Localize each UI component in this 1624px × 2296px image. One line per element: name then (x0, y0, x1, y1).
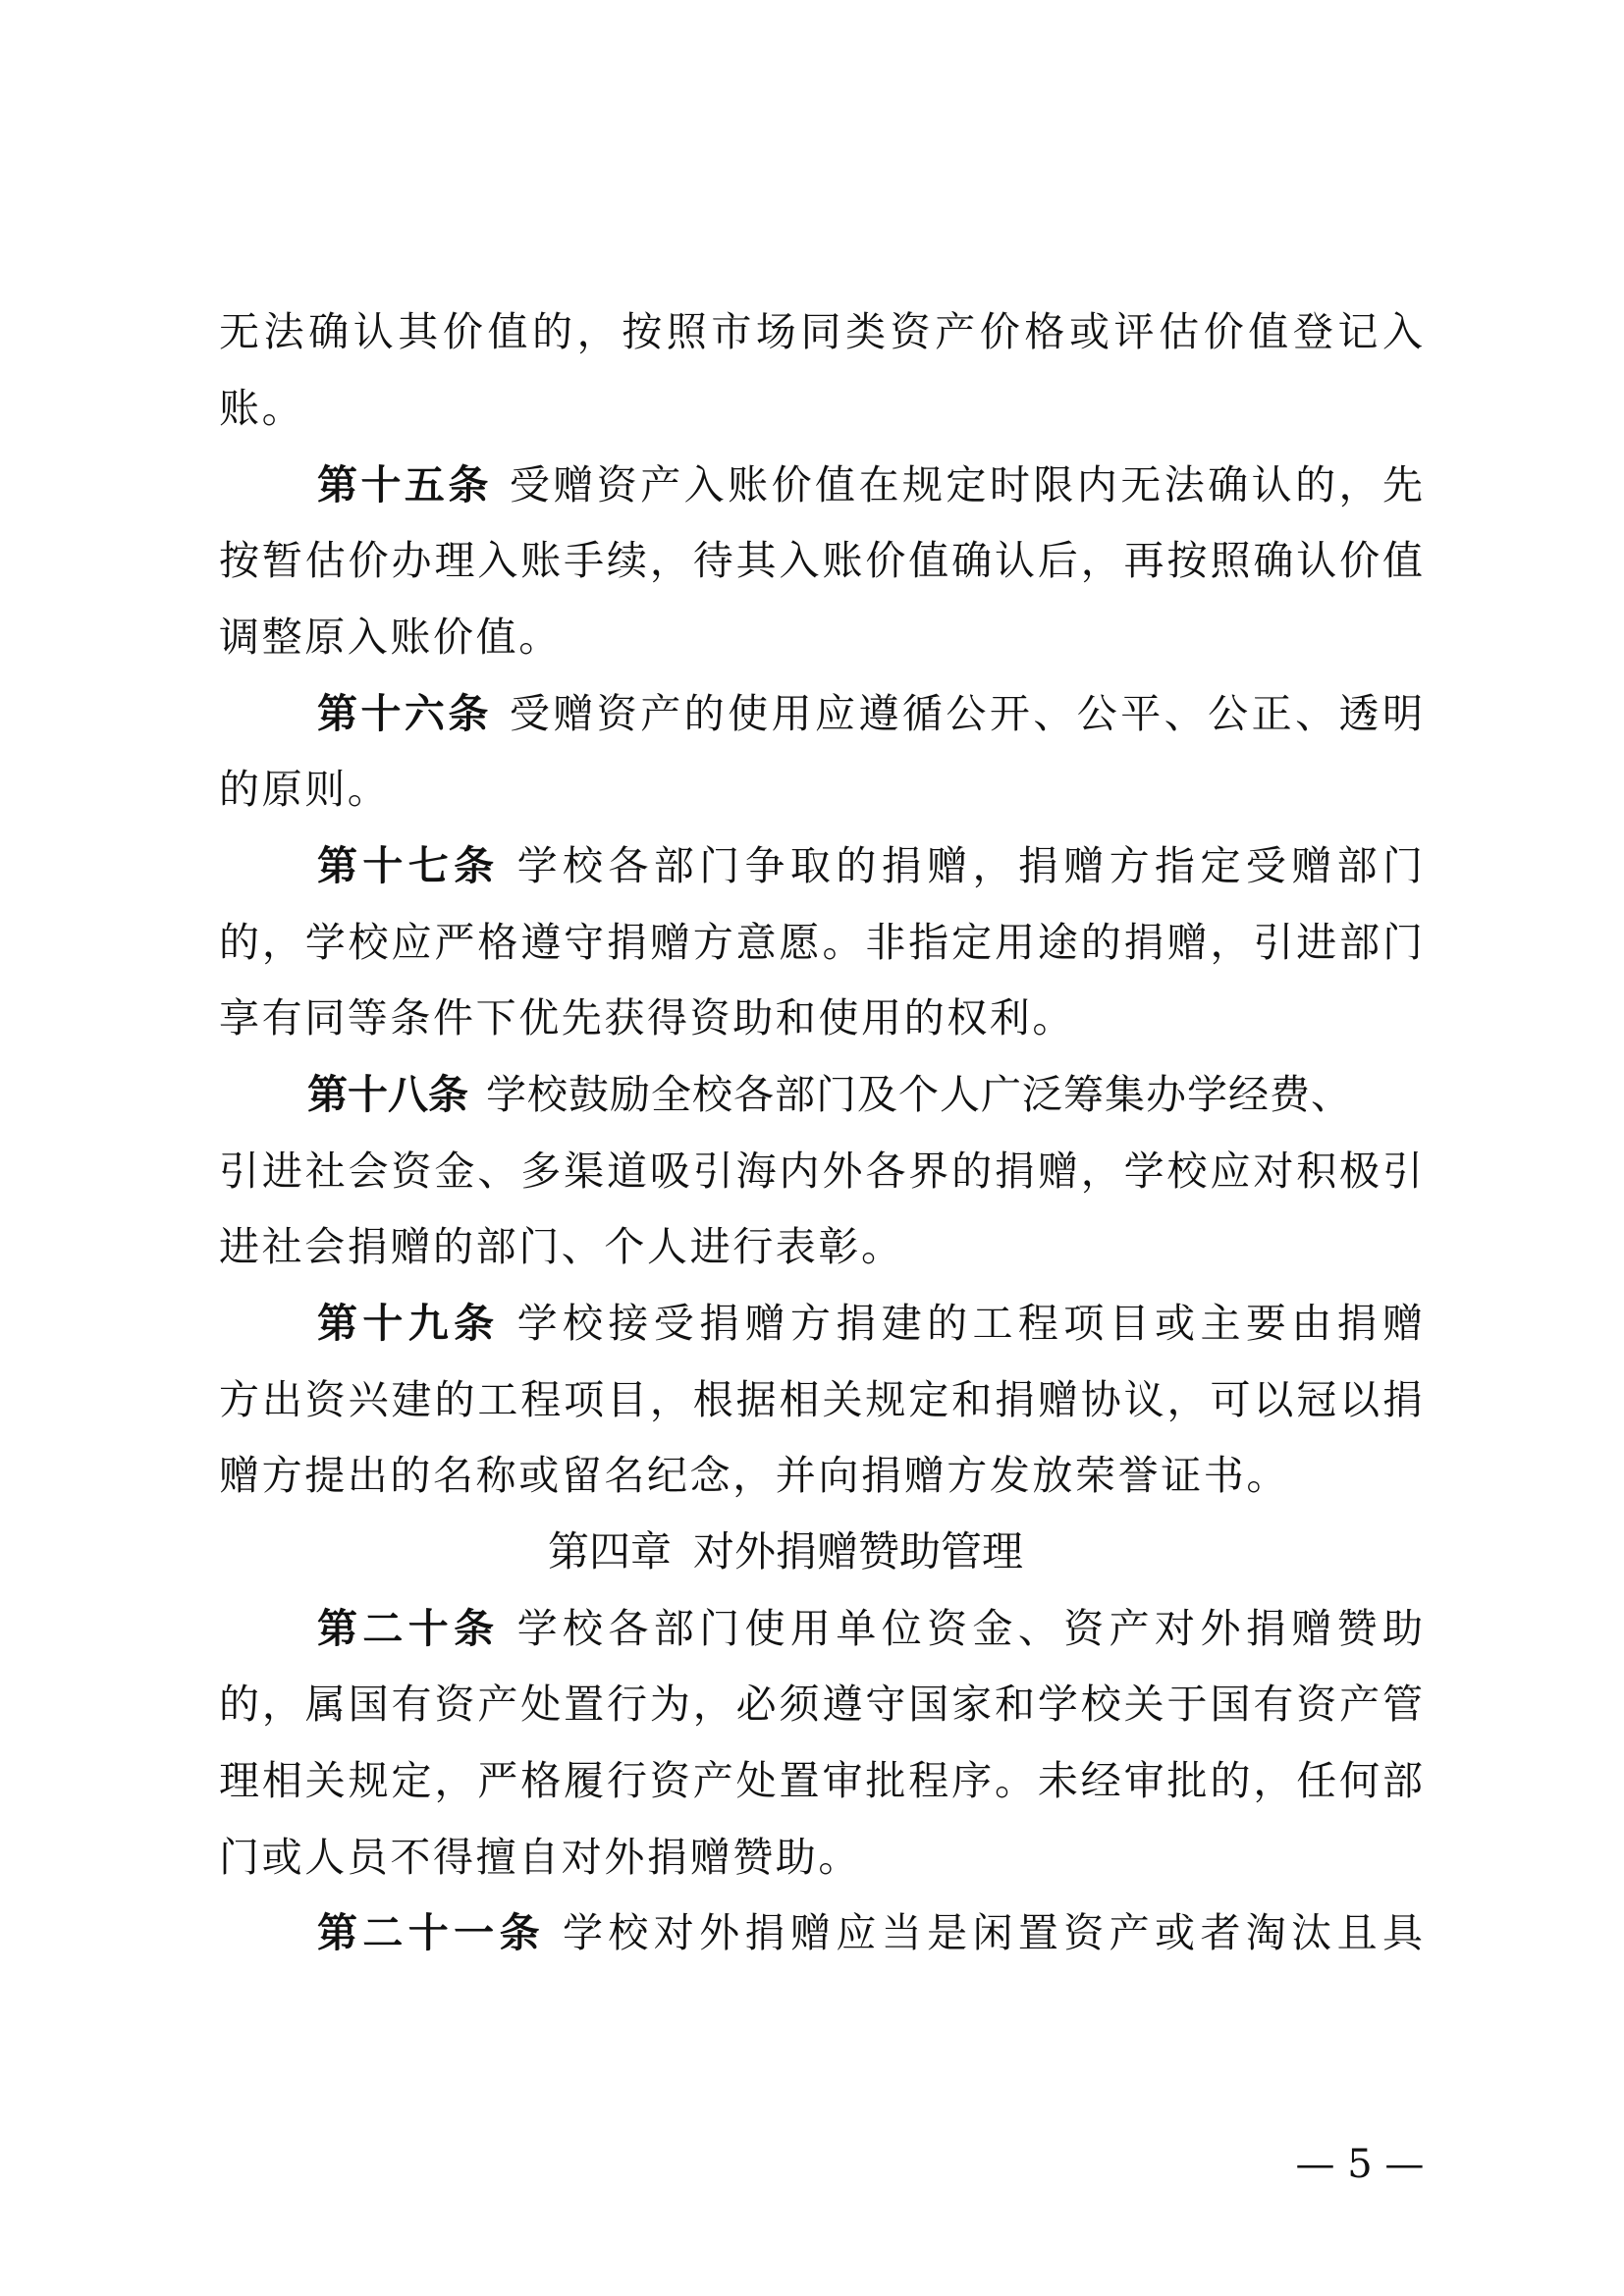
page-number: — 5 — (1286, 2135, 1434, 2194)
article-number: 第十六条 (317, 690, 492, 737)
article-text: 学校各部门使用单位资金、资产对外捐赠赞助 (517, 1605, 1423, 1652)
article-text: 学校对外捐赠应当是闲置资产或者淘汰且具 (563, 1909, 1423, 1956)
article-18: 第十八条学校鼓励全校各部门及个人广泛筹集办学经费、 (307, 1056, 1413, 1133)
article-20: 第二十条学校各部门使用单位资金、资产对外捐赠赞助 (317, 1590, 1423, 1667)
article-17: 第十七条学校各部门争取的捐赠，捐赠方指定受赠部门 (317, 828, 1423, 904)
article-number: 第二十一条 (317, 1909, 545, 1956)
body-line: 无法确认其价值的，按照市场同类资产价格或评估价值登记入 (219, 294, 1423, 370)
body-line: 门或人员不得擅自对外捐赠赞助。 (219, 1819, 1423, 1896)
chapter-heading: 第四章对外捐赠赞助管理 (0, 1514, 1571, 1590)
body-line: 的原则。 (219, 751, 1423, 828)
chapter-title: 对外捐赠赞助管理 (693, 1527, 1023, 1575)
article-number: 第十七条 (317, 842, 500, 889)
article-text: 学校接受捐赠方捐建的工程项目或主要由捐赠 (517, 1300, 1423, 1347)
document-page: 无法确认其价值的，按照市场同类资产价格或评估价值登记入 账。 第十五条受赠资产入… (0, 0, 1624, 2296)
article-text: 受赠资产的使用应遵循公开、公平、公正、透明 (510, 690, 1423, 737)
body-line: 赠方提出的名称或留名纪念，并向捐赠方发放荣誉证书。 (219, 1437, 1423, 1514)
article-number: 第十九条 (317, 1300, 500, 1347)
chapter-number: 第四章 (548, 1527, 672, 1575)
article-16: 第十六条受赠资产的使用应遵循公开、公平、公正、透明 (317, 675, 1423, 752)
body-line: 进社会捐赠的部门、个人进行表彰。 (219, 1208, 1423, 1285)
body-line: 享有同等条件下优先获得资助和使用的权利。 (219, 980, 1423, 1056)
article-15: 第十五条受赠资产入账价值在规定时限内无法确认的，先 (317, 447, 1423, 523)
article-number: 第十八条 (307, 1071, 468, 1118)
body-line: 理相关规定，严格履行资产处置审批程序。未经审批的，任何部 (219, 1742, 1423, 1819)
article-19: 第十九条学校接受捐赠方捐建的工程项目或主要由捐赠 (317, 1285, 1423, 1362)
article-21: 第二十一条学校对外捐赠应当是闲置资产或者淘汰且具 (317, 1895, 1423, 1971)
body-line: 账。 (219, 370, 1423, 447)
body-line: 方出资兴建的工程项目，根据相关规定和捐赠协议，可以冠以捐 (219, 1362, 1423, 1438)
body-line: 引进社会资金、多渠道吸引海内外各界的捐赠，学校应对积极引 (219, 1133, 1423, 1209)
article-text: 受赠资产入账价值在规定时限内无法确认的，先 (510, 461, 1423, 508)
article-number: 第二十条 (317, 1605, 500, 1652)
article-number: 第十五条 (317, 461, 492, 508)
body-line: 调整原入账价值。 (219, 599, 1423, 675)
body-line: 按暂估价办理入账手续，待其入账价值确认后，再按照确认价值 (219, 522, 1423, 599)
article-text: 学校各部门争取的捐赠，捐赠方指定受赠部门 (517, 842, 1423, 889)
article-text: 学校鼓励全校各部门及个人广泛筹集办学经费、 (486, 1071, 1352, 1118)
body-line: 的，学校应严格遵守捐赠方意愿。非指定用途的捐赠，引进部门 (219, 904, 1423, 981)
body-line: 的，属国有资产处置行为，必须遵守国家和学校关于国有资产管 (219, 1666, 1423, 1742)
